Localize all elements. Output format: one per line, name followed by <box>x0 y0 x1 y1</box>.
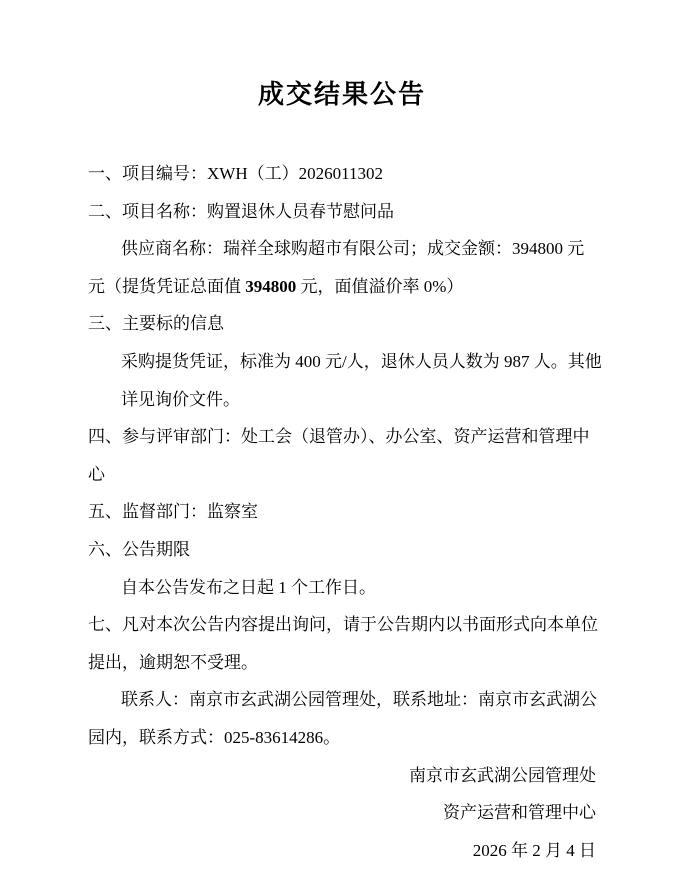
doc-line-2: 二、项目名称：购置退休人员春节慰问品 <box>88 193 596 231</box>
doc-line-1: 一、项目编号：XWH（工）2026011302 <box>88 155 596 193</box>
doc-line-13: 七、凡对本次公告内容提出询问，请于公告期内以书面形式向本单位 <box>88 606 596 644</box>
doc-line-11: 六、公告期限 <box>88 531 596 569</box>
doc-line-15: 联系人：南京市玄武湖公园管理处，联系地址：南京市玄武湖公 <box>88 681 596 719</box>
doc-line-6: 采购提货凭证，标准为 400 元/人，退休人员人数为 987 人。其他 <box>88 343 596 381</box>
doc-line-12: 自本公告发布之日起 1 个工作日。 <box>88 569 596 607</box>
text-run: 394800 <box>245 277 296 296</box>
text-run: 采购提货凭证，标准为 400 元/人，退休人员人数为 987 人。其他 <box>121 352 602 371</box>
text-run: 资产运营和管理中心 <box>443 803 596 822</box>
text-run: 五、监督部门：监察室 <box>88 502 258 521</box>
page-title: 成交结果公告 <box>88 76 596 114</box>
doc-line-7: 详见询价文件。 <box>88 381 596 419</box>
text-run: 心 <box>88 465 105 484</box>
text-run: 一、项目编号：XWH（工）2026011302 <box>88 164 383 183</box>
doc-line-19: 2026 年 2 月 4 日 <box>88 832 596 870</box>
doc-line-10: 五、监督部门：监察室 <box>88 493 596 531</box>
doc-line-3: 供应商名称：瑞祥全球购超市有限公司；成交金额：394800 元 <box>88 230 596 268</box>
text-run: 自本公告发布之日起 1 个工作日。 <box>121 578 376 597</box>
doc-line-16: 园内，联系方式：025-83614286。 <box>88 719 596 757</box>
document-body: 一、项目编号：XWH（工）2026011302二、项目名称：购置退休人员春节慰问… <box>88 155 596 869</box>
text-run: 元（提货凭证总面值 <box>88 277 245 296</box>
text-run: 元，面值溢价率 0%） <box>296 277 463 296</box>
announcement-page: 成交结果公告 一、项目编号：XWH（工）2026011302二、项目名称：购置退… <box>0 0 680 871</box>
text-run: 六、公告期限 <box>88 540 190 559</box>
text-run: 详见询价文件。 <box>121 390 240 409</box>
doc-line-17: 南京市玄武湖公园管理处 <box>88 757 596 795</box>
doc-line-5: 三、主要标的信息 <box>88 305 596 343</box>
text-run: 园内，联系方式：025-83614286。 <box>88 728 340 747</box>
text-run: 提出，逾期恕不受理。 <box>88 653 258 672</box>
text-run: 七、凡对本次公告内容提出询问，请于公告期内以书面形式向本单位 <box>88 615 598 634</box>
doc-line-8: 四、参与评审部门：处工会（退管办）、办公室、资产运营和管理中 <box>88 418 596 456</box>
text-run: 南京市玄武湖公园管理处 <box>409 766 596 785</box>
text-run: 四、参与评审部门：处工会（退管办）、办公室、资产运营和管理中 <box>88 427 590 446</box>
doc-line-9: 心 <box>88 456 596 494</box>
doc-line-14: 提出，逾期恕不受理。 <box>88 644 596 682</box>
text-run: 二、项目名称：购置退休人员春节慰问品 <box>88 202 394 221</box>
doc-line-4: 元（提货凭证总面值 394800 元，面值溢价率 0%） <box>88 268 596 306</box>
text-run: 供应商名称：瑞祥全球购超市有限公司；成交金额：394800 元 <box>121 239 584 258</box>
text-run: 联系人：南京市玄武湖公园管理处，联系地址：南京市玄武湖公 <box>121 690 597 709</box>
text-run: 2026 年 2 月 4 日 <box>473 841 596 860</box>
doc-line-18: 资产运营和管理中心 <box>88 794 596 832</box>
text-run: 三、主要标的信息 <box>88 314 224 333</box>
